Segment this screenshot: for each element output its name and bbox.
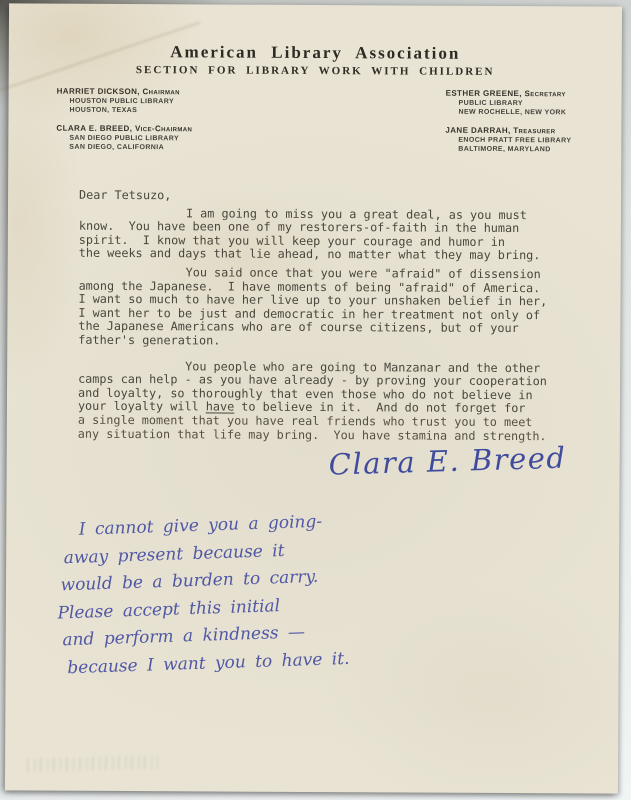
officer-name: ESTHER GREENE, Secretary xyxy=(446,89,572,100)
handwritten-signature: Clara E. Breed xyxy=(328,440,589,482)
officers-right-column: ESTHER GREENE, Secretary PUBLIC LIBRARY … xyxy=(445,89,571,164)
officer-location: HOUSTON, TEXAS xyxy=(56,106,192,116)
officer-treasurer: JANE DARRAH, Treasurer ENOCH PRATT FREE … xyxy=(445,126,571,155)
officer-chairman: HARRIET DICKSON, Chairman HOUSTON PUBLIC… xyxy=(56,87,192,116)
typed-line: father's generation. xyxy=(78,334,578,350)
officer-name: HARRIET DICKSON, Chairman xyxy=(57,87,193,98)
officer-name: CLARA E. BREED, Vice-Chairman xyxy=(56,124,192,135)
officer-secretary: ESTHER GREENE, Secretary PUBLIC LIBRARY … xyxy=(445,89,571,118)
salutation: Dear Tetsuzo, xyxy=(79,189,579,205)
officers-left-column: HARRIET DICKSON, Chairman HOUSTON PUBLIC… xyxy=(56,87,192,162)
letterhead-organization: American Library Association xyxy=(9,41,622,64)
typed-line: the weeks and days that lie ahead, no ma… xyxy=(79,247,579,263)
letter-scan-paper: American Library Association SECTION FOR… xyxy=(5,3,622,793)
typed-line-segment: your loyalty will xyxy=(78,399,206,414)
paragraph-3: You people who are going to Manzanar and… xyxy=(78,359,578,443)
officer-name: JANE DARRAH, Treasurer xyxy=(445,126,571,137)
paragraph-2: You said once that you were "afraid" of … xyxy=(78,266,578,350)
paragraph-1: I am going to miss you a great deal, as … xyxy=(79,206,579,263)
officer-location: NEW ROCHELLE, NEW YORK xyxy=(445,108,571,118)
underlined-word: have xyxy=(206,400,234,414)
faint-pencil-marks xyxy=(23,755,158,772)
officer-location: SAN DIEGO, CALIFORNIA xyxy=(56,143,192,153)
handwritten-postscript: I cannot give you a going- away present … xyxy=(52,507,387,683)
officer-location: BALTIMORE, MARYLAND xyxy=(445,145,571,155)
typed-line: any situation that life may bring. You h… xyxy=(78,427,578,443)
officer-vice-chairman: CLARA E. BREED, Vice-Chairman SAN DIEGO … xyxy=(56,124,192,153)
letterhead-section-title: SECTION FOR LIBRARY WORK WITH CHILDREN xyxy=(9,63,622,78)
typed-letter-body: Dear Tetsuzo, I am going to miss you a g… xyxy=(78,189,579,444)
